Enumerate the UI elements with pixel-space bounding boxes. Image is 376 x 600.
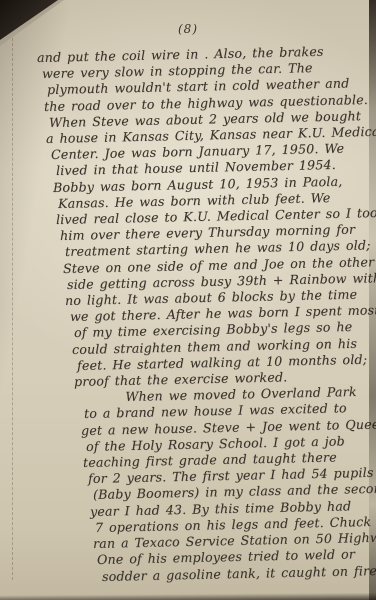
page-right-edge-shadow <box>369 0 376 600</box>
page-bottom-edge-shadow <box>0 593 376 600</box>
page-number: (8) <box>0 22 376 36</box>
handwriting-lines: and put the coil wire in . Also, the bra… <box>0 50 376 585</box>
manuscript-photo: (8) and put the coil wire in . Also, the… <box>0 0 376 600</box>
